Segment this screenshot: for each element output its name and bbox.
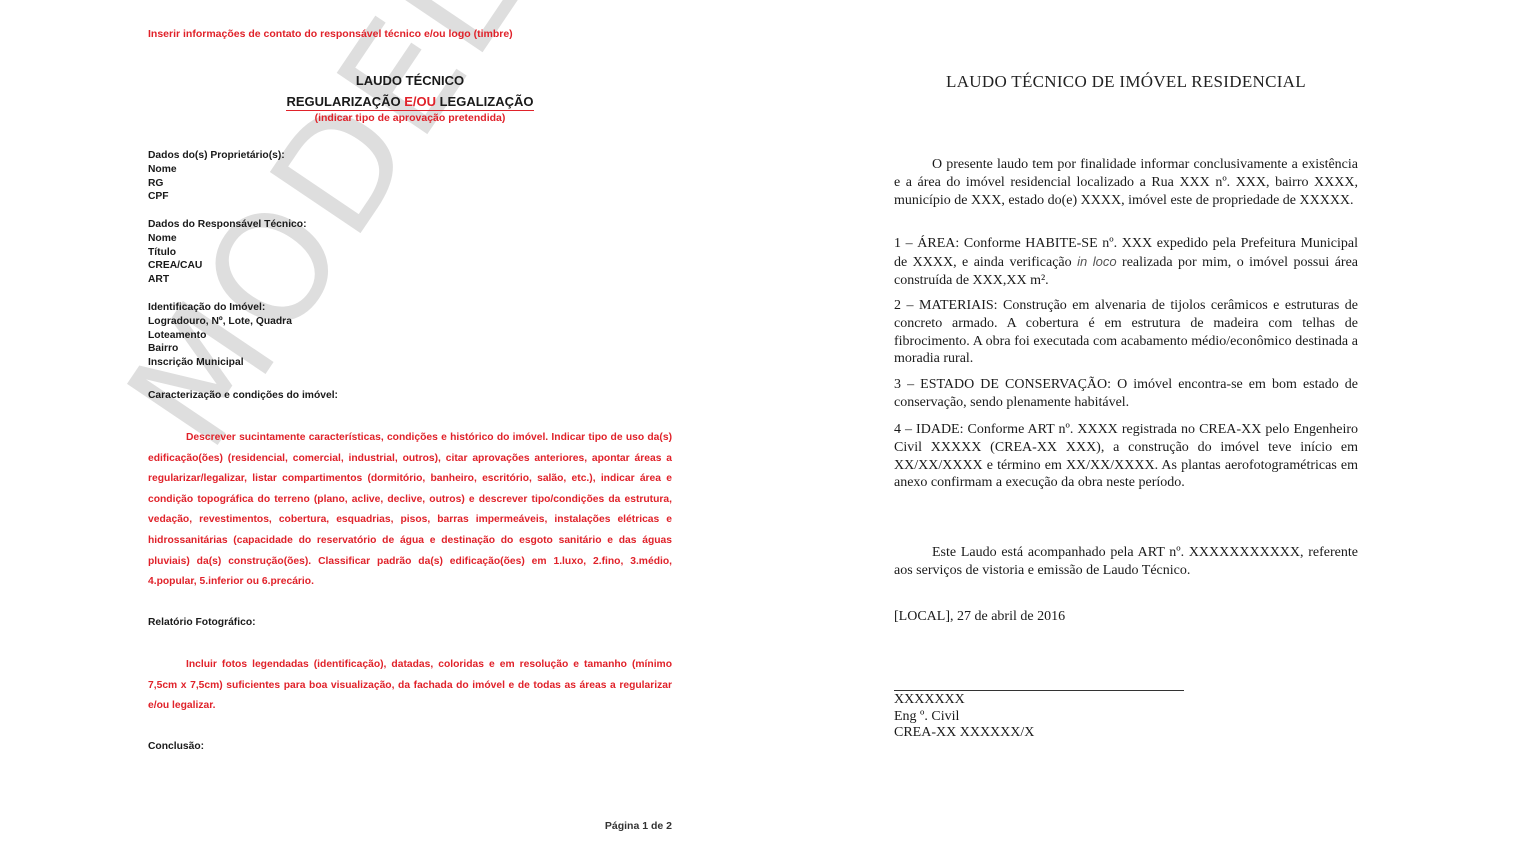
subtitle-and-or: E/OU — [404, 94, 436, 109]
item-conservation: 3 – ESTADO DE CONSERVAÇÃO: O imóvel enco… — [894, 376, 1358, 412]
document-title: LAUDO TÉCNICO — [148, 73, 672, 88]
owner-heading: Dados do(s) Proprietário(s): — [148, 149, 285, 163]
approval-type-note: (indicar tipo de aprovação pretendida) — [148, 112, 672, 124]
signature-title: Eng º. Civil — [894, 709, 1034, 726]
technician-field-title: Título — [148, 246, 307, 260]
characterization-heading: Caracterização e condições do imóvel: — [148, 390, 338, 401]
property-field-address: Logradouro, Nº, Lote, Quadra — [148, 315, 292, 329]
property-section: Identificação do Imóvel: Logradouro, Nº,… — [148, 301, 292, 370]
letterhead-placeholder: Inserir informações de contato do respon… — [148, 28, 513, 40]
report-title: LAUDO TÉCNICO DE IMÓVEL RESIDENCIAL — [894, 72, 1358, 92]
signature-registration: CREA-XX XXXXXX/X — [894, 725, 1034, 742]
owner-field-cpf: CPF — [148, 190, 285, 204]
technician-field-name: Nome — [148, 232, 307, 246]
characterization-instructions: Descrever sucintamente características, … — [148, 428, 672, 593]
photo-report-instructions: Incluir fotos legendadas (identificação)… — [148, 655, 672, 717]
property-heading: Identificação do Imóvel: — [148, 301, 292, 315]
left-page-template: MODELO Inserir informações de contato do… — [0, 0, 768, 864]
property-field-registration: Inscrição Municipal — [148, 356, 292, 370]
technician-field-crea: CREA/CAU — [148, 259, 307, 273]
conclusion-heading: Conclusão: — [148, 741, 204, 752]
subtitle-legalizacao: LEGALIZAÇÃO — [436, 94, 534, 109]
technician-field-art: ART — [148, 273, 307, 287]
in-loco-term: in loco — [1077, 254, 1117, 269]
item-materials: 2 – MATERIAIS: Construção em alvenaria d… — [894, 297, 1358, 368]
intro-paragraph: O presente laudo tem por finalidade info… — [894, 156, 1358, 209]
page-number: Página 1 de 2 — [560, 820, 672, 832]
technician-section: Dados do Responsável Técnico: Nome Títul… — [148, 218, 307, 287]
item-age: 4 – IDADE: Conforme ART nº. XXXX registr… — [894, 421, 1358, 492]
owner-field-rg: RG — [148, 177, 285, 191]
property-field-subdivision: Loteamento — [148, 329, 292, 343]
signature-line — [894, 690, 1184, 691]
technician-heading: Dados do Responsável Técnico: — [148, 218, 307, 232]
property-field-neighborhood: Bairro — [148, 342, 292, 356]
document-subtitle: REGULARIZAÇÃO E/OU LEGALIZAÇÃO — [148, 94, 672, 111]
owner-section: Dados do(s) Proprietário(s): Nome RG CPF — [148, 149, 285, 204]
item-area: 1 – ÁREA: Conforme HABITE-SE nº. XXX exp… — [894, 235, 1358, 289]
place-date: [LOCAL], 27 de abril de 2016 — [894, 609, 1065, 625]
signature-name: XXXXXXX — [894, 692, 1034, 709]
photo-report-heading: Relatório Fotográfico: — [148, 617, 256, 628]
owner-field-name: Nome — [148, 163, 285, 177]
subtitle-regularizacao: REGULARIZAÇÃO — [286, 94, 404, 109]
signature-block: XXXXXXX Eng º. Civil CREA-XX XXXXXX/X — [894, 692, 1034, 742]
right-page-sample: LAUDO TÉCNICO DE IMÓVEL RESIDENCIAL O pr… — [768, 0, 1536, 864]
art-note: Este Laudo está acompanhado pela ART nº.… — [894, 544, 1358, 580]
